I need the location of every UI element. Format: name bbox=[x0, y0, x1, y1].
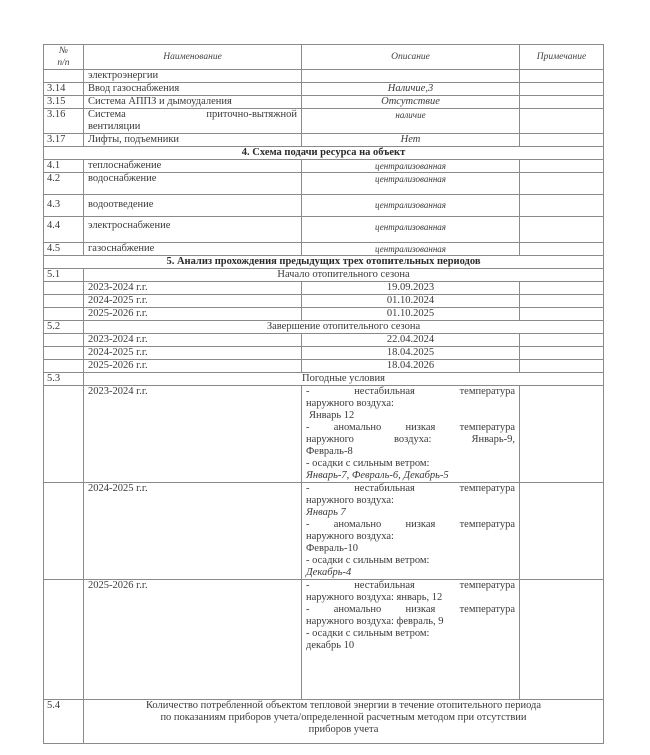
row-num: 4.2 bbox=[44, 173, 84, 195]
row-name: Система приточно-вытяжной вентиляции bbox=[84, 109, 302, 134]
weather-line: Февраль-8 bbox=[306, 446, 515, 458]
section-heading-row: 5. Анализ прохождения предыдущих трех от… bbox=[44, 256, 604, 269]
weather-line: Февраль-10 bbox=[306, 543, 515, 555]
row-num bbox=[44, 483, 84, 580]
row-name-line1: Система приточно-вытяжной bbox=[88, 109, 297, 121]
weather-row: 2024-2025 г.г. - нестабильная температур… bbox=[44, 483, 604, 580]
table-row: 4.4 электроснабжение централизованная bbox=[44, 217, 604, 243]
row-desc: централизованная bbox=[302, 160, 520, 173]
row-note bbox=[520, 109, 604, 134]
row-value: 18.04.2026 bbox=[302, 360, 520, 373]
subsection-title: Завершение отопительного сезона bbox=[84, 321, 604, 334]
row-name-line2: вентиляции bbox=[88, 121, 297, 133]
weather-line: - осадки с сильным ветром: bbox=[306, 458, 515, 470]
table-row: 4.3 водоотведение централизованная bbox=[44, 195, 604, 217]
header-name: Наименование bbox=[84, 45, 302, 70]
table-row: 3.15 Система АППЗ и дымоудаления Отсутст… bbox=[44, 96, 604, 109]
row-num: 5.2 bbox=[44, 321, 84, 334]
row-note bbox=[520, 217, 604, 243]
row-num: 4.4 bbox=[44, 217, 84, 243]
row-num: 4.1 bbox=[44, 160, 84, 173]
header-num-line1: № bbox=[48, 45, 79, 57]
weather-description: - нестабильная температура наружного воз… bbox=[302, 386, 520, 483]
row-desc: Отсутствие bbox=[302, 96, 520, 109]
row-num: 5.4 bbox=[44, 700, 84, 744]
table-row: 4.5 газоснабжение централизованная bbox=[44, 243, 604, 256]
table-row: 4.2 водоснабжение централизованная bbox=[44, 173, 604, 195]
row-period: 2024-2025 г.г. bbox=[84, 295, 302, 308]
s54-line: приборов учета bbox=[88, 724, 599, 736]
row-value: 18.04.2025 bbox=[302, 347, 520, 360]
row-name: Система АППЗ и дымоудаления bbox=[84, 96, 302, 109]
row-note bbox=[520, 347, 604, 360]
row-note bbox=[520, 334, 604, 347]
row-period: 2025-2026 г.г. bbox=[84, 308, 302, 321]
table-row: электроэнергии bbox=[44, 70, 604, 83]
row-note bbox=[520, 243, 604, 256]
section-heading-row: 4. Схема подачи ресурса на объект bbox=[44, 147, 604, 160]
row-name: электроэнергии bbox=[84, 70, 302, 83]
weather-line: наружного воздуха: февраль, 9 bbox=[306, 616, 515, 628]
row-desc: централизованная bbox=[302, 217, 520, 243]
row-num: 5.3 bbox=[44, 373, 84, 386]
section-4-title: 4. Схема подачи ресурса на объект bbox=[44, 147, 604, 160]
row-desc: Наличие,3 bbox=[302, 83, 520, 96]
section-5-title: 5. Анализ прохождения предыдущих трех от… bbox=[44, 256, 604, 269]
row-num bbox=[44, 308, 84, 321]
row-num: 3.17 bbox=[44, 134, 84, 147]
weather-line: наружного воздуха: bbox=[306, 531, 515, 543]
weather-line: Декабрь-4 bbox=[306, 567, 515, 579]
row-period: 2025-2026 г.г. bbox=[84, 580, 302, 700]
row-desc: наличие bbox=[302, 109, 520, 134]
header-note: Примечание bbox=[520, 45, 604, 70]
row-num: 5.1 bbox=[44, 269, 84, 282]
row-note bbox=[520, 295, 604, 308]
row-note bbox=[520, 70, 604, 83]
row-note bbox=[520, 308, 604, 321]
row-num: 4.5 bbox=[44, 243, 84, 256]
row-note bbox=[520, 282, 604, 295]
row-period: 2024-2025 г.г. bbox=[84, 483, 302, 580]
row-num: 3.14 bbox=[44, 83, 84, 96]
row-period: 2024-2025 г.г. bbox=[84, 347, 302, 360]
s54-line: Количество потребленной объектом теплово… bbox=[88, 700, 599, 712]
s54-line: по показаниям приборов учета/определенно… bbox=[88, 712, 599, 724]
row-num bbox=[44, 360, 84, 373]
row-desc: централизованная bbox=[302, 173, 520, 195]
row-desc bbox=[302, 70, 520, 83]
header-description: Описание bbox=[302, 45, 520, 70]
row-num: 3.16 bbox=[44, 109, 84, 134]
row-name: Ввод газоснабжения bbox=[84, 83, 302, 96]
subsection-title: Начало отопительного сезона bbox=[84, 269, 604, 282]
table-row: 2025-2026 г.г. 18.04.2026 bbox=[44, 360, 604, 373]
table-row: 3.17 Лифты, подъемники Нет bbox=[44, 134, 604, 147]
row-note bbox=[520, 386, 604, 483]
subsection-title: Погодные условия bbox=[84, 373, 604, 386]
row-name: Лифты, подъемники bbox=[84, 134, 302, 147]
weather-line: - аномально низкая температура bbox=[306, 519, 515, 531]
row-num bbox=[44, 295, 84, 308]
row-name: водоотведение bbox=[84, 195, 302, 217]
row-num bbox=[44, 70, 84, 83]
row-num bbox=[44, 386, 84, 483]
row-note bbox=[520, 134, 604, 147]
row-num: 4.3 bbox=[44, 195, 84, 217]
weather-description: - нестабильная температура наружного воз… bbox=[302, 580, 520, 700]
row-period: 2025-2026 г.г. bbox=[84, 360, 302, 373]
row-num bbox=[44, 580, 84, 700]
weather-line: наружного воздуха: Январь-9, bbox=[306, 434, 515, 446]
row-num bbox=[44, 347, 84, 360]
weather-row: 2023-2024 г.г. - нестабильная температур… bbox=[44, 386, 604, 483]
row-note bbox=[520, 83, 604, 96]
row-value: 22.04.2024 bbox=[302, 334, 520, 347]
header-num: № п/п bbox=[44, 45, 84, 70]
weather-line: наружного воздуха: январь, 12 bbox=[306, 592, 515, 604]
row-name: газоснабжение bbox=[84, 243, 302, 256]
row-name: электроснабжение bbox=[84, 217, 302, 243]
weather-line: декабрь 10 bbox=[306, 640, 515, 652]
weather-line: - аномально низкая температура bbox=[306, 422, 515, 434]
table-row: 2023-2024 г.г. 22.04.2024 bbox=[44, 334, 604, 347]
table-row: 3.14 Ввод газоснабжения Наличие,3 bbox=[44, 83, 604, 96]
table-row: 4.1 теплоснабжение централизованная bbox=[44, 160, 604, 173]
row-name: водоснабжение bbox=[84, 173, 302, 195]
row-note bbox=[520, 195, 604, 217]
table-row: 2025-2026 г.г. 01.10.2025 bbox=[44, 308, 604, 321]
building-passport-table: № п/п Наименование Описание Примечание э… bbox=[43, 44, 604, 744]
table-row: 3.16 Система приточно-вытяжной вентиляци… bbox=[44, 109, 604, 134]
table-row: 2024-2025 г.г. 01.10.2024 bbox=[44, 295, 604, 308]
subsection-row: 5.3 Погодные условия bbox=[44, 373, 604, 386]
row-period: 2023-2024 г.г. bbox=[84, 282, 302, 295]
table-header-row: № п/п Наименование Описание Примечание bbox=[44, 45, 604, 70]
row-num bbox=[44, 282, 84, 295]
weather-line: - нестабильная температура bbox=[306, 483, 515, 495]
subsection-row: 5.2 Завершение отопительного сезона bbox=[44, 321, 604, 334]
row-value: 01.10.2024 bbox=[302, 295, 520, 308]
row-name: теплоснабжение bbox=[84, 160, 302, 173]
weather-row: 2025-2026 г.г. - нестабильная температур… bbox=[44, 580, 604, 700]
table-row: 5.4 Количество потребленной объектом теп… bbox=[44, 700, 604, 744]
weather-line: - аномально низкая температура bbox=[306, 604, 515, 616]
row-note bbox=[520, 483, 604, 580]
row-value: 19.09.2023 bbox=[302, 282, 520, 295]
weather-line: - осадки с сильным ветром: bbox=[306, 555, 515, 567]
row-value: 01.10.2025 bbox=[302, 308, 520, 321]
weather-line: Январь 12 bbox=[306, 410, 515, 422]
weather-line: Январь 7 bbox=[306, 507, 515, 519]
row-note bbox=[520, 580, 604, 700]
row-note bbox=[520, 360, 604, 373]
row-desc: централизованная bbox=[302, 243, 520, 256]
s54-description: Количество потребленной объектом теплово… bbox=[84, 700, 604, 744]
weather-line: наружного воздуха: bbox=[306, 495, 515, 507]
row-period: 2023-2024 г.г. bbox=[84, 386, 302, 483]
row-note bbox=[520, 96, 604, 109]
table-row: 2023-2024 г.г. 19.09.2023 bbox=[44, 282, 604, 295]
row-note bbox=[520, 160, 604, 173]
weather-line: наружного воздуха: bbox=[306, 398, 515, 410]
row-num bbox=[44, 334, 84, 347]
weather-line: - нестабильная температура bbox=[306, 580, 515, 592]
row-period: 2023-2024 г.г. bbox=[84, 334, 302, 347]
weather-line: Январь-7, Февраль-6, Декабрь-5 bbox=[306, 470, 515, 482]
row-num: 3.15 bbox=[44, 96, 84, 109]
weather-line: - нестабильная температура bbox=[306, 386, 515, 398]
row-note bbox=[520, 173, 604, 195]
row-desc: централизованная bbox=[302, 195, 520, 217]
weather-line: - осадки с сильным ветром: bbox=[306, 628, 515, 640]
weather-description: - нестабильная температура наружного воз… bbox=[302, 483, 520, 580]
subsection-row: 5.1 Начало отопительного сезона bbox=[44, 269, 604, 282]
document-page: № п/п Наименование Описание Примечание э… bbox=[43, 44, 603, 744]
header-num-line2: п/п bbox=[48, 57, 79, 69]
row-desc: Нет bbox=[302, 134, 520, 147]
table-row: 2024-2025 г.г. 18.04.2025 bbox=[44, 347, 604, 360]
